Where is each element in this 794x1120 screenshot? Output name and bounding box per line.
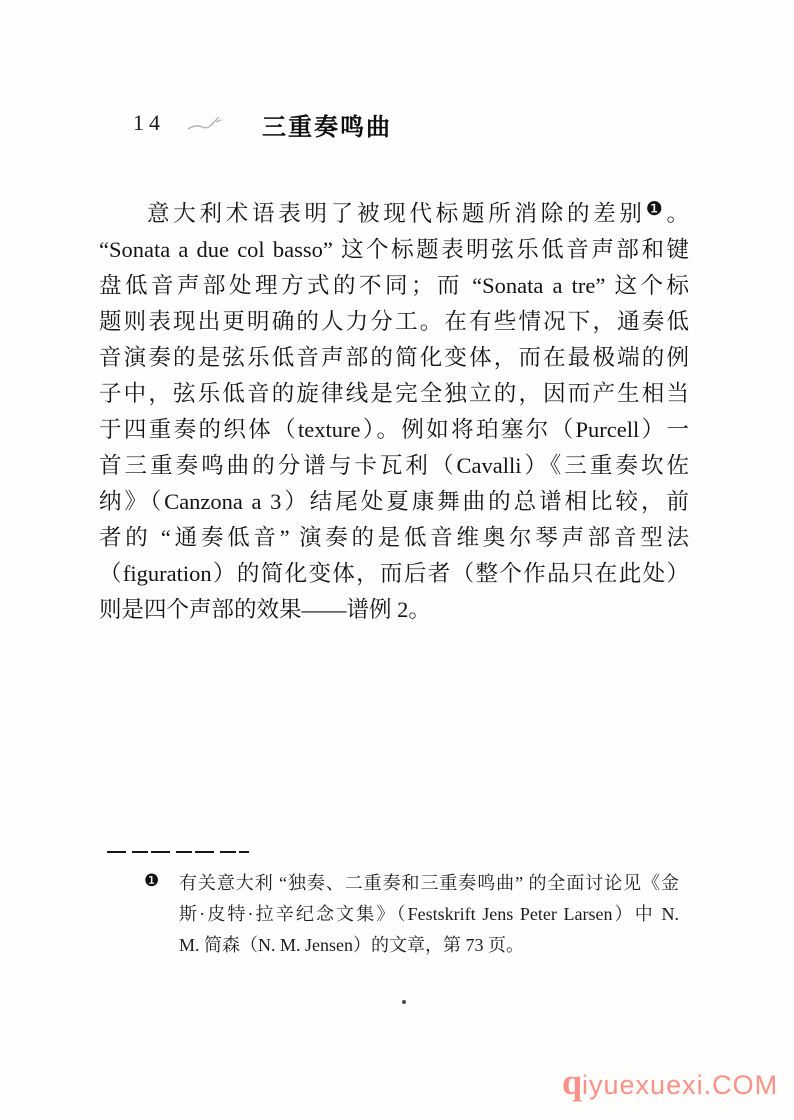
body-line: 子中，弦乐低音的旋律线是完全独立的，因而产生相当: [99, 376, 689, 412]
body-line: （figuration）的简化变体，而后者（整个作品只在此处）: [99, 556, 689, 592]
footnote-ref-marker: ❶: [646, 199, 667, 220]
body-line: “Sonata a due col basso” 这个标题表明弦乐低音声部和键: [99, 232, 689, 268]
body-line: 题则表现出更明确的人力分工。在有些情况下，通奏低: [99, 304, 689, 340]
footnote-line: 斯·皮特·拉辛纪念文集》（Festskrift Jens Peter Larse…: [179, 899, 679, 930]
body-line: 音演奏的是弦乐低音声部的简化变体，而在最极端的例: [99, 340, 689, 376]
watermark-text: iyuexuexi.COM: [582, 1070, 778, 1100]
scanned-book-page: 14 三重奏鸣曲 意大利术语表明了被现代标题所消除的差别❶。 “Sonata a…: [0, 0, 794, 1120]
footnote-separator: [107, 851, 249, 853]
footnote-line: 有关意大利 “独奏、二重奏和三重奏鸣曲” 的全面讨论见《金: [179, 868, 679, 899]
body-line: 首三重奏鸣曲的分谱与卡瓦利（Cavalli）《三重奏坎佐: [99, 448, 689, 484]
pencil-smudge: [186, 114, 230, 136]
watermark-prefix: q: [562, 1062, 582, 1102]
body-line: 盘低音声部处理方式的不同；而 “Sonata a tre” 这个标: [99, 268, 689, 304]
footnote-marker-icon: ❶: [144, 871, 159, 891]
body-line: 纳》（Canzona a 3）结尾处夏康舞曲的总谱相比较，前: [99, 484, 689, 520]
running-title: 三重奏鸣曲: [262, 107, 392, 142]
footnote-line: M. 简森（N. M. Jensen）的文章，第 73 页。: [179, 930, 679, 961]
body-line: 则是四个声部的效果——谱例 2。: [99, 592, 689, 628]
scan-speck: [402, 1000, 406, 1004]
page-number: 14: [133, 110, 165, 136]
body-paragraph: 意大利术语表明了被现代标题所消除的差别❶。 “Sonata a due col …: [99, 196, 689, 628]
body-line: 者的 “通奏低音” 演奏的是低音维奥尔琴声部音型法: [99, 520, 689, 556]
body-line: 于四重奏的织体（texture）。例如将珀塞尔（Purcell）一: [99, 412, 689, 448]
body-line: 意大利术语表明了被现代标题所消除的差别❶。: [99, 196, 689, 232]
body-line-text: 意大利术语表明了被现代标题所消除的差别: [147, 201, 646, 226]
body-line-period: 。: [666, 201, 689, 226]
footnote: 有关意大利 “独奏、二重奏和三重奏鸣曲” 的全面讨论见《金 斯·皮特·拉辛纪念文…: [179, 868, 679, 961]
watermark: qiyuexuexi.COM: [562, 1063, 778, 1109]
